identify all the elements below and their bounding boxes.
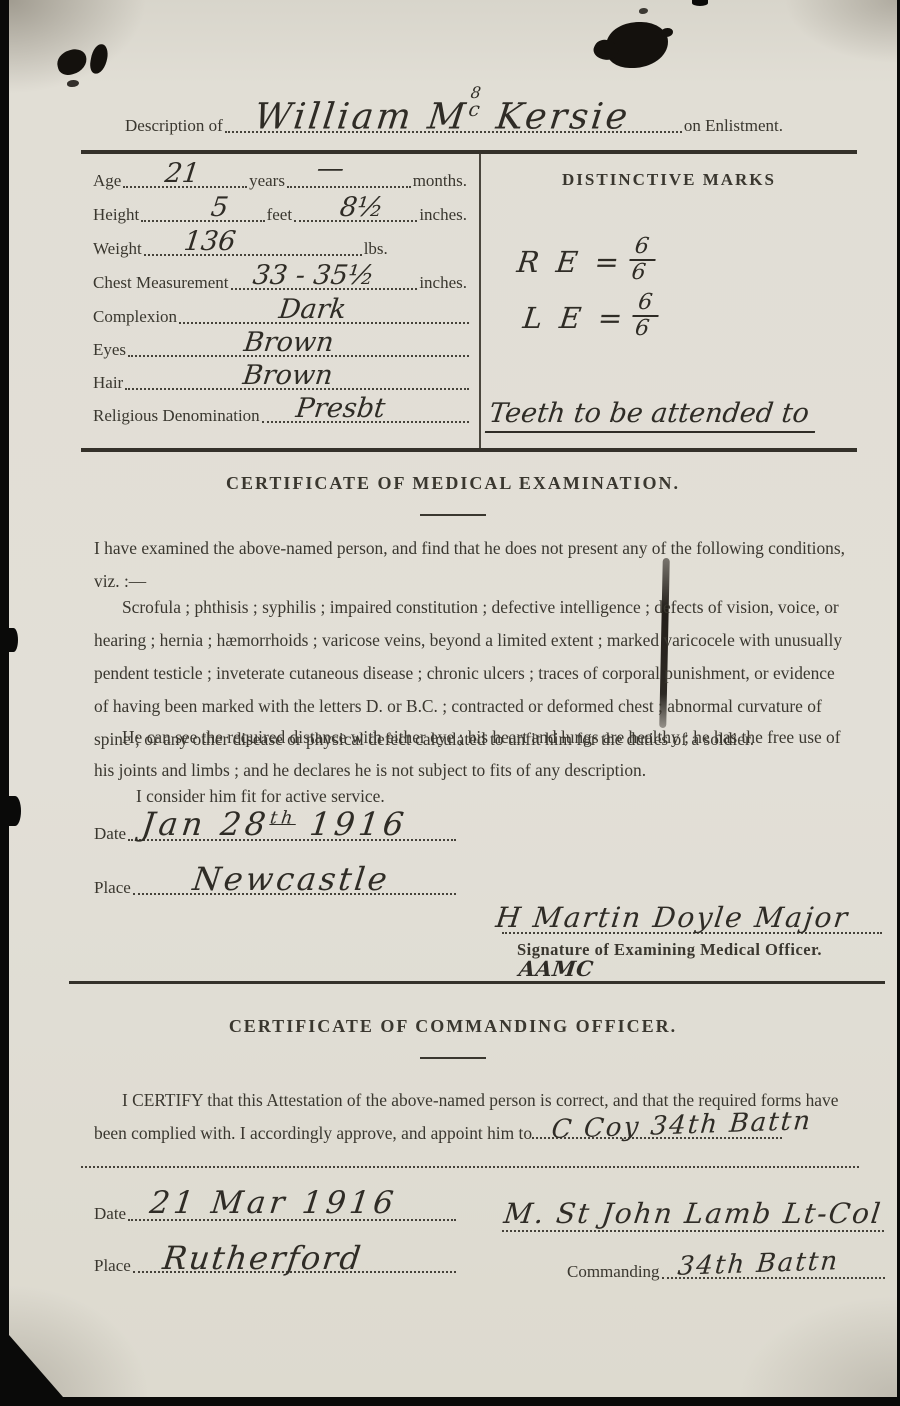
blank-dotted-line [81, 1148, 859, 1168]
chest-label: Chest Measurement [93, 273, 231, 293]
header-row: Description of William M8c Kersie on Enl… [125, 96, 785, 136]
age-unit-years: years [247, 171, 287, 191]
hair-label: Hair [93, 373, 125, 393]
commanding-signature-block: M. St John Lamb Lt-Col [502, 1196, 884, 1232]
chest-unit: inches. [417, 273, 469, 293]
medical-place-row: Place Newcastle [94, 860, 456, 898]
commanding-unit-row: Commanding 34th Battn [567, 1244, 885, 1282]
weight-label: Weight [93, 239, 144, 259]
height-unit-feet: feet [265, 205, 294, 225]
row-complexion: Complexion Dark [93, 304, 469, 327]
medical-corps-value: AAMC [517, 956, 595, 981]
height-inches-value: 8½ [338, 192, 385, 223]
complexion-value: Dark [277, 294, 348, 325]
height-label: Height [93, 205, 141, 225]
ink-blot-left [54, 47, 89, 78]
commanding-place-row: Place Rutherford [94, 1238, 456, 1276]
medical-signature-caption: Signature of Examining Medical Officer. … [517, 940, 897, 985]
height-line: 5 [141, 202, 264, 222]
complexion-line: Dark [179, 304, 469, 324]
age-months-value: — [315, 153, 346, 184]
age-line-2: — [287, 168, 411, 188]
medical-signature-line: H Martin Doyle Major [502, 898, 882, 934]
chest-value: 33 - 35½ [251, 260, 376, 291]
row-religion: Religious Denomination Presbt [93, 403, 469, 426]
name-line: William M8c Kersie [225, 113, 682, 133]
weight-value: 136 [182, 226, 237, 257]
age-line: 21 [123, 168, 247, 188]
commanding-date-label: Date [94, 1204, 128, 1224]
age-label: Age [93, 171, 123, 191]
commanding-date-row: Date 21 Mar 1916 [94, 1186, 456, 1224]
commanding-unit-line: 34th Battn [662, 1259, 885, 1279]
eyes-value: Brown [242, 327, 335, 358]
commanding-date-line: 21 Mar 1916 [128, 1201, 456, 1221]
medical-title: CERTIFICATE OF MEDICAL EXAMINATION. [9, 473, 897, 494]
medical-place-line: Newcastle [133, 875, 456, 895]
hair-line: Brown [125, 370, 469, 390]
commanding-label: Commanding [567, 1262, 662, 1282]
name-handwritten: William M8c Kersie [252, 88, 634, 138]
row-eyes: Eyes Brown [93, 337, 469, 360]
top-edge-nick [692, 0, 708, 6]
ink-blot-top-dot [661, 28, 673, 37]
commanding-signature-value: M. St John Lamb Lt-Col [502, 1197, 884, 1230]
ink-blot-left-2 [89, 43, 110, 75]
medical-date-line: Jan 28th 1916 [128, 821, 456, 841]
certify-para: I CERTIFY that this Attestation of the a… [94, 1084, 856, 1150]
religion-value: Presbt [294, 393, 387, 424]
left-eye-value: L E =66 [520, 296, 661, 344]
age-unit-months: months. [411, 171, 469, 191]
row-height: Height 5 feet 8½ inches. [93, 202, 469, 225]
religion-line: Presbt [262, 403, 469, 423]
description-table: Age 21 years — months. Height 5 feet 8½ … [81, 150, 857, 452]
row-age: Age 21 years — months. [93, 168, 469, 191]
medical-health-para: He can see the required distance with ei… [94, 721, 844, 787]
torn-edge-notch [9, 628, 18, 652]
commanding-title: CERTIFICATE OF COMMANDING OFFICER. [9, 1016, 897, 1037]
commanding-date-value: 21 Mar 1916 [148, 1185, 400, 1221]
ink-speck [639, 8, 648, 14]
commanding-place-value: Rutherford [160, 1239, 364, 1277]
document-scan: { "colors": { "paper": "#e1ded5", "ink_p… [0, 0, 900, 1406]
medical-signature-block: H Martin Doyle Major [502, 898, 882, 934]
row-chest: Chest Measurement 33 - 35½ inches. [93, 270, 469, 293]
row-weight: Weight 136 lbs. [93, 236, 469, 259]
commanding-signature-line: M. St John Lamb Lt-Col [502, 1196, 884, 1232]
religion-label: Religious Denomination [93, 406, 262, 426]
commanding-unit-value: 34th Battn [676, 1246, 840, 1282]
complexion-label: Complexion [93, 307, 179, 327]
hair-value: Brown [241, 360, 334, 391]
commanding-title-rule [420, 1057, 486, 1059]
appoint-value: C Coy 34th Battn [522, 1105, 813, 1148]
appoint-line: C Coy 34th Battn [532, 1119, 782, 1139]
description-of-label: Description of [125, 116, 225, 136]
age-value: 21 [163, 158, 201, 189]
medical-date-value: Jan 28th 1916 [140, 805, 410, 843]
distinctive-marks-cell: DISTINCTIVE MARKS R E =66 L E =66 Teeth … [481, 154, 857, 448]
eyes-label: Eyes [93, 340, 128, 360]
ink-speck-left [67, 80, 79, 87]
medical-place-label: Place [94, 878, 133, 898]
teeth-note: Teeth to be attended to [485, 398, 819, 433]
medical-date-label: Date [94, 824, 128, 844]
medical-place-value: Newcastle [190, 860, 391, 898]
row-hair: Hair Brown [93, 370, 469, 393]
corner-tear [9, 1335, 63, 1397]
commanding-place-line: Rutherford [133, 1253, 456, 1273]
on-enlistment-label: on Enlistment. [682, 116, 785, 136]
distinctive-marks-title: DISTINCTIVE MARKS [481, 170, 857, 190]
medical-title-rule [420, 514, 486, 516]
section-rule [69, 981, 885, 984]
medical-signature-value: H Martin Doyle Major [494, 901, 851, 934]
right-eye-value: R E =66 [514, 240, 658, 288]
torn-edge-notch [9, 796, 21, 826]
height-line-2: 8½ [294, 202, 417, 222]
commanding-place-label: Place [94, 1256, 133, 1276]
weight-line: 136 [144, 236, 362, 256]
height-feet-value: 5 [209, 192, 230, 223]
paper-sheet: Description of William M8c Kersie on Enl… [9, 0, 897, 1397]
chest-line: 33 - 35½ [231, 270, 418, 290]
weight-unit: lbs. [362, 239, 390, 259]
eyes-line: Brown [128, 337, 469, 357]
medical-date-row: Date Jan 28th 1916 [94, 806, 456, 844]
height-unit-inches: inches. [417, 205, 469, 225]
medical-intro-para: I have examined the above-named person, … [94, 532, 846, 598]
